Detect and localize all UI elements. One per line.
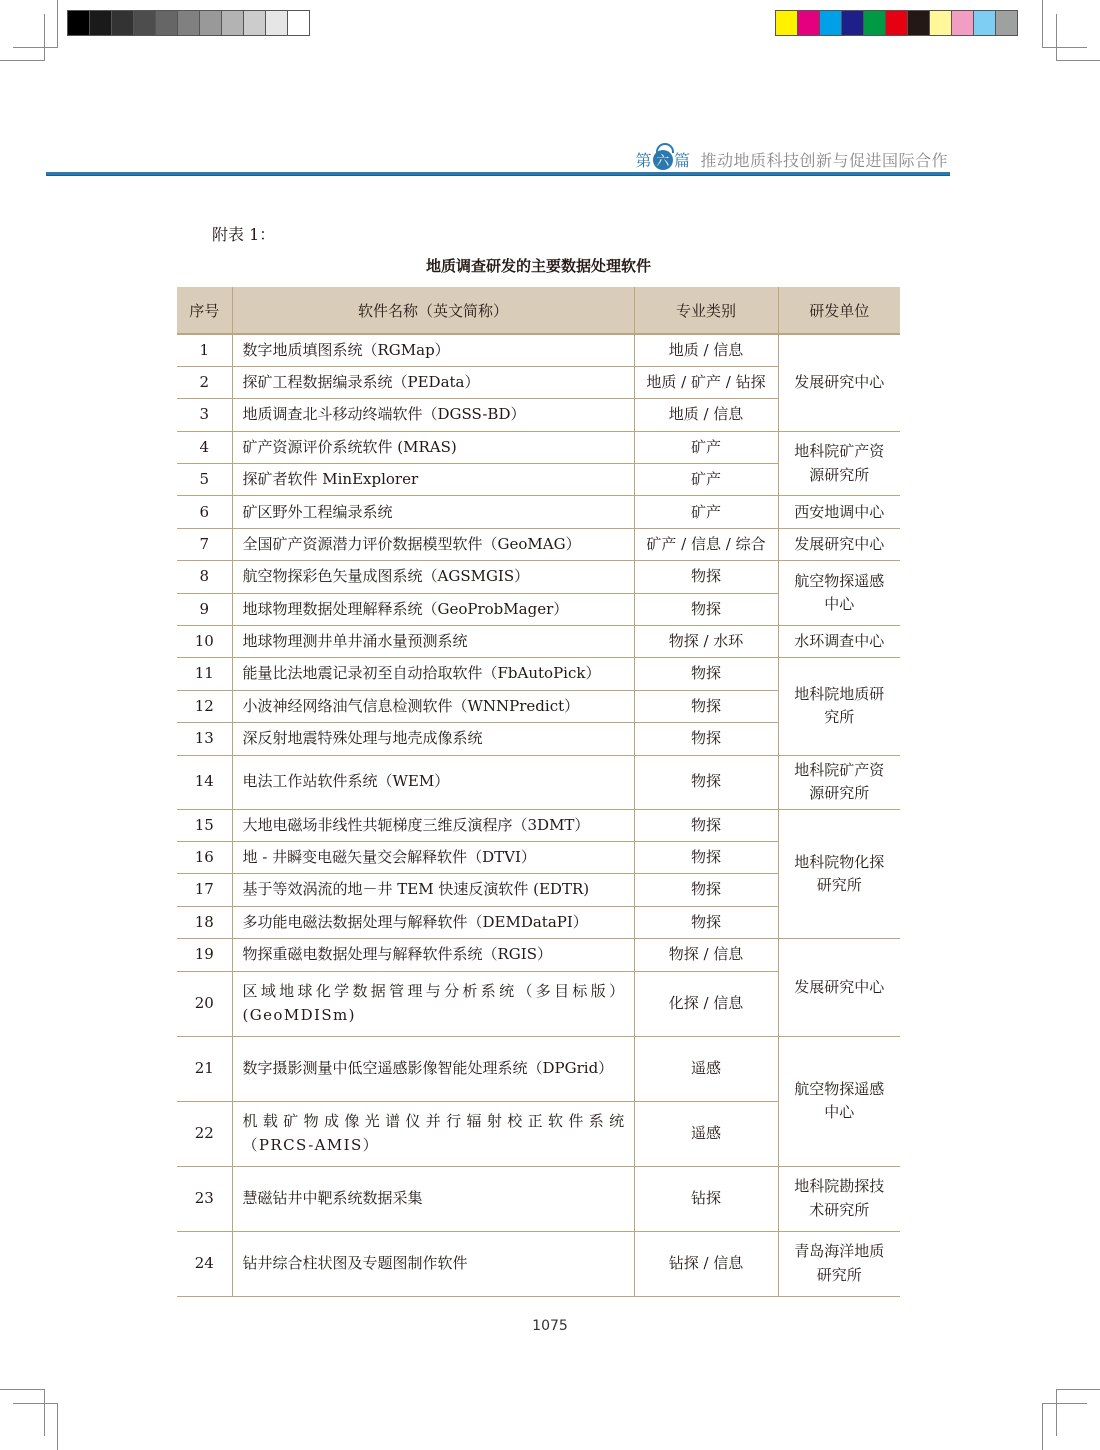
software-name: 物探重磁电数据处理与解释软件系统（RGIS） [232,939,634,971]
software-name: 地 - 井瞬变电磁矢量交会解释软件（DTVI） [232,841,634,873]
category: 物探 [634,690,778,722]
research-unit: 青岛海洋地质 研究所 [778,1231,900,1296]
row-number: 17 [177,874,232,906]
color-swatch [864,11,885,35]
color-swatch [134,11,155,35]
color-swatch [266,11,287,35]
color-swatch [178,11,199,35]
category: 物探 [634,755,778,809]
research-unit: 地科院物化探 研究所 [778,809,900,939]
research-unit: 发展研究中心 [778,334,900,431]
row-number: 5 [177,464,232,496]
row-number: 22 [177,1101,232,1166]
software-name: 多功能电磁法数据处理与解释软件（DEMDataPI） [232,906,634,938]
software-name: 数字摄影测量中低空遥感影像智能处理系统（DPGrid） [232,1036,634,1101]
category: 矿产 [634,496,778,528]
category: 化探 / 信息 [634,971,778,1036]
software-name: 航空物探彩色矢量成图系统（AGSMGIS） [232,561,634,593]
table-row: 24钻井综合柱状图及专题图制作软件钻探 / 信息青岛海洋地质 研究所 [177,1231,900,1296]
color-swatch [974,11,995,35]
color-swatch [952,11,973,35]
table-row: 15大地电磁场非线性共轭梯度三维反演程序（3DMT）物探地科院物化探 研究所 [177,809,900,841]
research-unit: 航空物探遥感 中心 [778,1036,900,1166]
color-swatch [200,11,221,35]
category: 钻探 / 信息 [634,1231,778,1296]
table-row: 4矿产资源评价系统软件 (MRAS)矿产地科院矿产资 源研究所 [177,431,900,463]
software-table: 序号 软件名称（英文简称） 专业类别 研发单位 1数字地质填图系统（RGMap）… [177,287,900,1297]
software-name: 慧磁钻井中靶系统数据采集 [232,1166,634,1231]
chapter-prefix: 第 [635,148,652,171]
research-unit: 发展研究中心 [778,528,900,560]
research-unit: 地科院矿产资 源研究所 [778,431,900,496]
table-row: 10地球物理测井单井涌水量预测系统物探 / 水环水环调查中心 [177,626,900,658]
row-number: 20 [177,971,232,1036]
research-unit: 航空物探遥感 中心 [778,561,900,626]
row-number: 3 [177,399,232,431]
research-unit: 水环调查中心 [778,626,900,658]
software-name: 区域地球化学数据管理与分析系统（多目标版）(GeoMDISm) [232,971,634,1036]
section-title: 推动地质科技创新与促进国际合作 [700,148,948,171]
column-header-category: 专业类别 [634,287,778,334]
color-swatch [996,11,1017,35]
row-number: 18 [177,906,232,938]
table-row: 14电法工作站软件系统（WEM）物探地科院矿产资 源研究所 [177,755,900,809]
color-swatch [68,11,89,35]
table-row: 7全国矿产资源潜力评价数据模型软件（GeoMAG）矿产 / 信息 / 综合发展研… [177,528,900,560]
software-name: 小波神经网络油气信息检测软件（WNNPredict） [232,690,634,722]
row-number: 24 [177,1231,232,1296]
software-name: 地球物理数据处理解释系统（GeoProbMager） [232,593,634,625]
table-row: 8航空物探彩色矢量成图系统（AGSMGIS）物探航空物探遥感 中心 [177,561,900,593]
table-row: 23慧磁钻井中靶系统数据采集钻探地科院勘探技 术研究所 [177,1166,900,1231]
category: 物探 / 水环 [634,626,778,658]
category: 地质 / 信息 [634,399,778,431]
row-number: 7 [177,528,232,560]
software-name: 数字地质填图系统（RGMap） [232,334,634,366]
table-title: 地质调查研发的主要数据处理软件 [177,255,900,276]
running-header-title: 第 六 篇 推动地质科技创新与促进国际合作 [635,148,948,171]
row-number: 23 [177,1166,232,1231]
category: 物探 [634,874,778,906]
software-name: 机载矿物成像光谱仪并行辐射校正软件系统（PRCS-AMIS） [232,1101,634,1166]
row-number: 19 [177,939,232,971]
software-name: 全国矿产资源潜力评价数据模型软件（GeoMAG） [232,528,634,560]
row-number: 14 [177,755,232,809]
color-swatch [156,11,177,35]
category: 物探 [634,906,778,938]
row-number: 10 [177,626,232,658]
row-number: 12 [177,690,232,722]
category: 物探 [634,593,778,625]
category: 遥感 [634,1101,778,1166]
software-name: 钻井综合柱状图及专题图制作软件 [232,1231,634,1296]
category: 矿产 [634,431,778,463]
row-number: 9 [177,593,232,625]
category: 钻探 [634,1166,778,1231]
row-number: 8 [177,561,232,593]
running-header: 第 六 篇 推动地质科技创新与促进国际合作 [46,144,950,176]
page-number: 1075 [0,1318,1100,1334]
color-swatch [776,11,797,35]
software-name: 深反射地震特殊处理与地壳成像系统 [232,723,634,755]
color-swatch [886,11,907,35]
research-unit: 地科院矿产资 源研究所 [778,755,900,809]
row-number: 13 [177,723,232,755]
software-name: 探矿者软件 MinExplorer [232,464,634,496]
software-name: 矿区野外工程编录系统 [232,496,634,528]
software-name: 探矿工程数据编录系统（PEData） [232,366,634,398]
chapter-suffix: 篇 [674,148,691,171]
color-swatch [930,11,951,35]
color-swatch [842,11,863,35]
category: 矿产 / 信息 / 综合 [634,528,778,560]
table-row: 1数字地质填图系统（RGMap）地质 / 信息发展研究中心 [177,334,900,366]
software-name: 地质调查北斗移动终端软件（DGSS-BD） [232,399,634,431]
software-name: 矿产资源评价系统软件 (MRAS) [232,431,634,463]
research-unit: 地科院勘探技 术研究所 [778,1166,900,1231]
table-row: 11能量比法地震记录初至自动拾取软件（FbAutoPick）物探地科院地质研 究… [177,658,900,690]
table-row: 6矿区野外工程编录系统矿产西安地调中心 [177,496,900,528]
column-header-no: 序号 [177,287,232,334]
color-swatch [244,11,265,35]
row-number: 11 [177,658,232,690]
row-number: 4 [177,431,232,463]
color-swatch [90,11,111,35]
color-swatch [222,11,243,35]
table-row: 19物探重磁电数据处理与解释软件系统（RGIS）物探 / 信息发展研究中心 [177,939,900,971]
research-unit: 西安地调中心 [778,496,900,528]
category: 物探 [634,658,778,690]
research-unit: 地科院地质研 究所 [778,658,900,755]
column-header-unit: 研发单位 [778,287,900,334]
appendix-label: 附表 1： [212,222,275,245]
software-name: 地球物理测井单井涌水量预测系统 [232,626,634,658]
row-number: 6 [177,496,232,528]
category: 物探 [634,723,778,755]
row-number: 16 [177,841,232,873]
color-swatch [798,11,819,35]
category: 物探 [634,561,778,593]
row-number: 1 [177,334,232,366]
color-swatch [112,11,133,35]
header-rule [46,172,950,176]
category: 遥感 [634,1036,778,1101]
process-color-bar [775,10,1018,36]
table-header-row: 序号 软件名称（英文简称） 专业类别 研发单位 [177,287,900,334]
software-name: 能量比法地震记录初至自动拾取软件（FbAutoPick） [232,658,634,690]
color-swatch [908,11,929,35]
software-name: 电法工作站软件系统（WEM） [232,755,634,809]
color-swatch [288,11,309,35]
chapter-number-badge-icon: 六 [653,150,673,170]
category: 地质 / 矿产 / 钻探 [634,366,778,398]
research-unit: 发展研究中心 [778,939,900,1036]
row-number: 21 [177,1036,232,1101]
category: 地质 / 信息 [634,334,778,366]
category: 物探 / 信息 [634,939,778,971]
column-header-name: 软件名称（英文简称） [232,287,634,334]
software-name: 基于等效涡流的地－井 TEM 快速反演软件 (EDTR) [232,874,634,906]
category: 物探 [634,809,778,841]
color-swatch [820,11,841,35]
software-name: 大地电磁场非线性共轭梯度三维反演程序（3DMT） [232,809,634,841]
row-number: 2 [177,366,232,398]
table-row: 21数字摄影测量中低空遥感影像智能处理系统（DPGrid）遥感航空物探遥感 中心 [177,1036,900,1101]
row-number: 15 [177,809,232,841]
grayscale-color-bar [67,10,310,36]
category: 矿产 [634,464,778,496]
category: 物探 [634,841,778,873]
